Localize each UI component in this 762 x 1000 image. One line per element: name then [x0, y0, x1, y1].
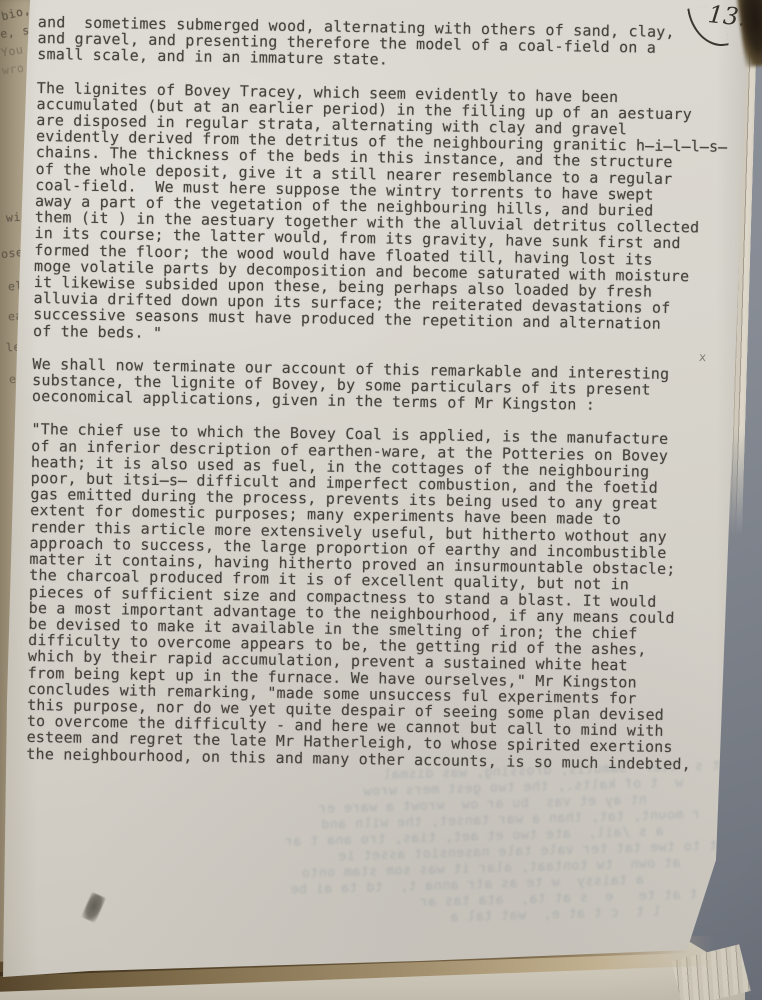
- typescript-sheet: and sometimes submerged wood, alternatin…: [0, 0, 762, 1000]
- typed-paragraph: "The chief use to which the Bovey Coal i…: [26, 421, 725, 772]
- typed-paragraph: and sometimes submerged wood, alternatin…: [37, 14, 732, 74]
- typed-paragraph: The lignites of Bovey Tracey, which seem…: [33, 80, 731, 350]
- stray-pencil-mark: x: [699, 350, 707, 364]
- typed-paragraph: We shall now terminate our account of th…: [32, 356, 727, 416]
- typed-text: and sometimes submerged wood, alternatin…: [26, 14, 732, 790]
- ink-smudge: [81, 892, 106, 923]
- underpage-text-fragment: e: [9, 372, 17, 386]
- photograph-of-typescript-page: and sometimes submerged wood, alternatin…: [0, 0, 762, 1000]
